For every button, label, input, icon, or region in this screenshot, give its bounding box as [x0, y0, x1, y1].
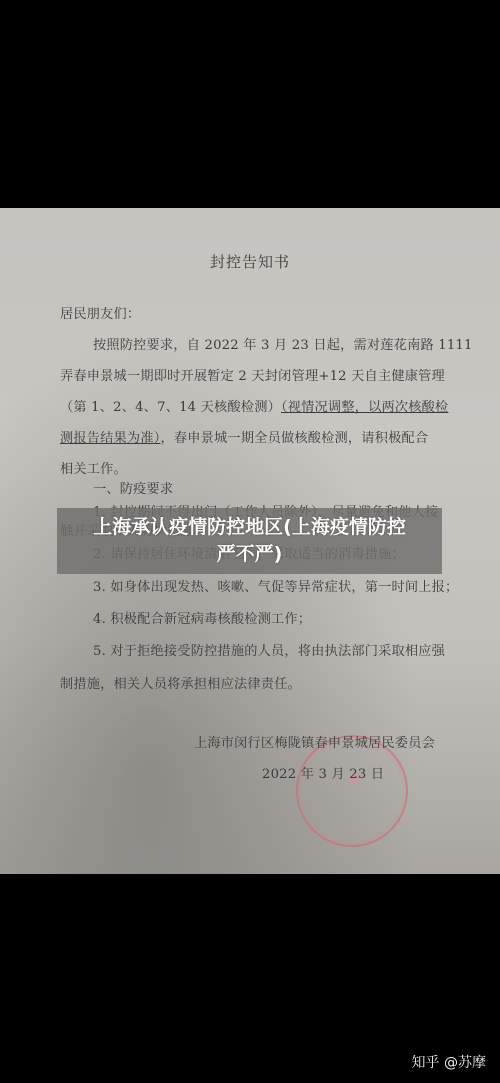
- article-title: 上海承认疫情防控地区(上海疫情防控 严不严): [57, 514, 442, 568]
- requirement-item: 3. 如身体出现发热、咳嗽、气促等异常症状，第一时间上报；: [93, 576, 458, 595]
- body-line-underlined: （视情况调整，以两次核酸检: [281, 400, 448, 415]
- body-line: （第 1、2、4、7、14 天核酸检测）: [60, 400, 281, 415]
- signature: 上海市闵行区梅陇镇春申景城居民委员会: [194, 732, 435, 751]
- title-overlay: 上海承认疫情防控地区(上海疫情防控 严不严): [57, 508, 442, 574]
- salutation: 居民朋友们：: [60, 303, 140, 322]
- body-line: 按照防控要求，自 2022 年 3 月 23 日起，需对莲花南路 1111: [93, 334, 473, 353]
- requirement-item: 5. 对于拒绝接受防控措施的人员，将由执法部门采取相应强: [93, 640, 445, 659]
- requirement-item: 4. 积极配合新冠病毒核酸检测工作；: [93, 608, 311, 627]
- requirement-item: 制措施，相关人员将承担相应法律责任。: [60, 673, 301, 692]
- body-line: 弄春申景城一期即时开展暂定 2 天封闭管理+12 天自主健康管理: [60, 365, 445, 384]
- section-heading: 一、防疫要求: [93, 478, 173, 497]
- article-title-line2: 严不严): [57, 541, 442, 568]
- body-line: 相关工作。: [60, 458, 127, 477]
- body-line-group: 测报告结果为准），春申景城一期全员做核酸检测，请积极配合: [60, 427, 428, 446]
- body-line: ，春申景城一期全员做核酸检测，请积极配合: [161, 431, 429, 446]
- body-line-group: （第 1、2、4、7、14 天核酸检测）（视情况调整，以两次核酸检: [60, 396, 448, 415]
- official-seal-icon: ★: [296, 735, 408, 847]
- body-line-underlined: 测报告结果为准）: [60, 431, 161, 446]
- zhihu-watermark: 知乎 @苏摩: [412, 1052, 486, 1072]
- article-title-line1: 上海承认疫情防控地区(上海疫情防控: [57, 514, 442, 541]
- document-date: 2022 年 3 月 23 日: [262, 763, 384, 782]
- document-title: 封控告知书: [0, 251, 500, 272]
